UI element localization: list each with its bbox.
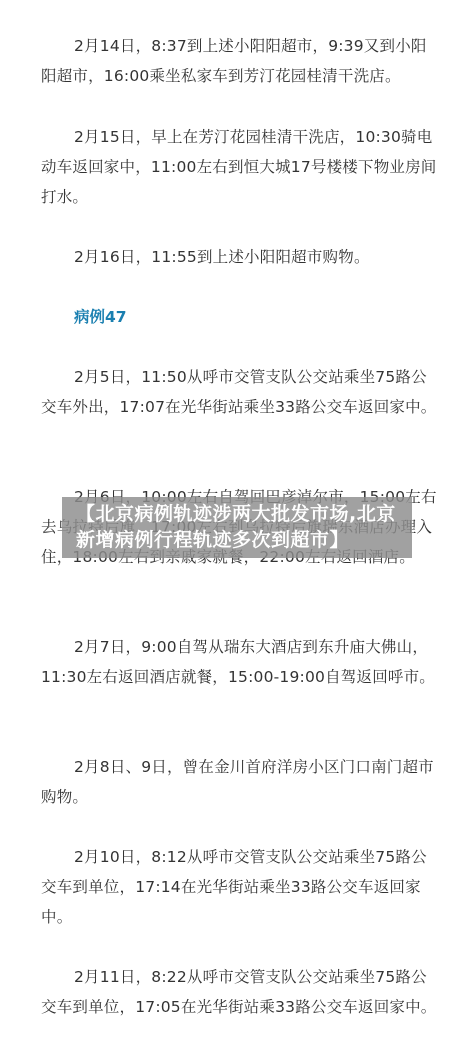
- paragraph-feb7: 2月7日，9:00自驾从瑞东大酒店到东升庙大佛山，11:30左右返回酒店就餐，1…: [41, 632, 437, 692]
- paragraph-feb8-9: 2月8日、9日，曾在金川首府洋房小区门口南门超市购物。: [41, 752, 437, 812]
- paragraph-feb15: 2月15日，早上在芳汀花园桂清干洗店，10:30骑电动车返回家中，11:00左右…: [41, 122, 437, 212]
- paragraph-feb14: 2月14日，8:37到上述小阳阳超市，9:39又到小阳阳超市，16:00乘坐私家…: [41, 31, 437, 91]
- paragraph-feb16: 2月16日，11:55到上述小阳阳超市购物。: [41, 242, 437, 272]
- paragraph-feb11: 2月11日，8:22从呼市交管支队公交站乘坐75路公交车到单位，17:05在光华…: [41, 962, 437, 1022]
- paragraph-feb10: 2月10日，8:12从呼市交管支队公交站乘坐75路公交车到单位，17:14在光华…: [41, 842, 437, 932]
- paragraph-feb5: 2月5日，11:50从呼市交管支队公交站乘坐75路公交车外出，17:07在光华街…: [41, 362, 437, 422]
- case-heading: 病例47: [74, 302, 127, 332]
- title-overlay-banner: 【北京病例轨迹涉两大批发市场,北京新增病例行程轨迹多次到超市】: [62, 497, 412, 558]
